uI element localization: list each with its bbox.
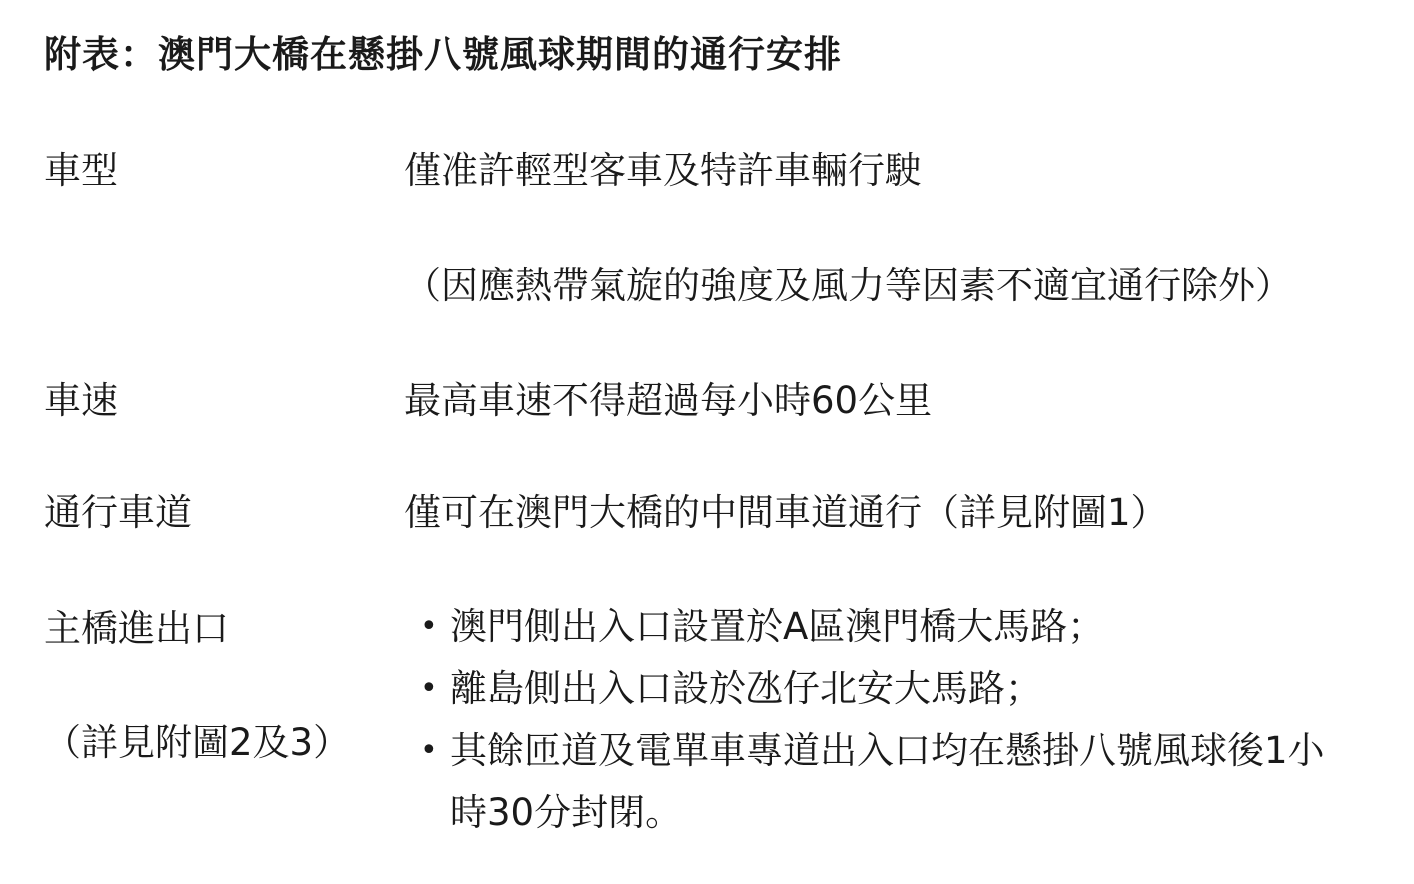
entrances-list: 澳門側出入口設置於A區澳門橋大馬路； 離島側出入口設於氹仔北安大馬路； 其餘匝道… (420, 596, 1325, 844)
entrances-label: 主橋進出口 (44, 598, 229, 652)
entrances-sublabel: （詳見附圖2及3） (44, 712, 350, 766)
vehicle-type-label: 車型 (44, 140, 118, 194)
entrance-other-ramps: 其餘匝道及電單車專道出入口均在懸掛八號風球後1小 (450, 720, 1325, 782)
list-item: 其餘匝道及電單車專道出入口均在懸掛八號風球後1小 時30分封閉。 (420, 720, 1325, 844)
entrance-other-ramps-continuation: 時30分封閉。 (450, 782, 1325, 844)
page-title: 附表：澳門大橋在懸掛八號風球期間的通行安排 (44, 24, 842, 78)
entrance-island-side: 離島側出入口設於氹仔北安大馬路； (450, 667, 1042, 710)
lane-value: 僅可在澳門大橋的中間車道通行（詳見附圖1） (404, 482, 1168, 536)
vehicle-type-value: 僅准許輕型客車及特許車輛行駛 (404, 140, 922, 194)
speed-value: 最高車速不得超過每小時60公里 (404, 370, 932, 424)
vehicle-type-note: （因應熱帶氣旋的強度及風力等因素不適宜通行除外） (404, 255, 1292, 309)
list-item: 澳門側出入口設置於A區澳門橋大馬路； (420, 596, 1325, 658)
list-item: 離島側出入口設於氹仔北安大馬路； (420, 658, 1325, 720)
speed-label: 車速 (44, 370, 118, 424)
lane-label: 通行車道 (44, 482, 192, 536)
entrance-macau-side: 澳門側出入口設置於A區澳門橋大馬路； (450, 605, 1104, 648)
